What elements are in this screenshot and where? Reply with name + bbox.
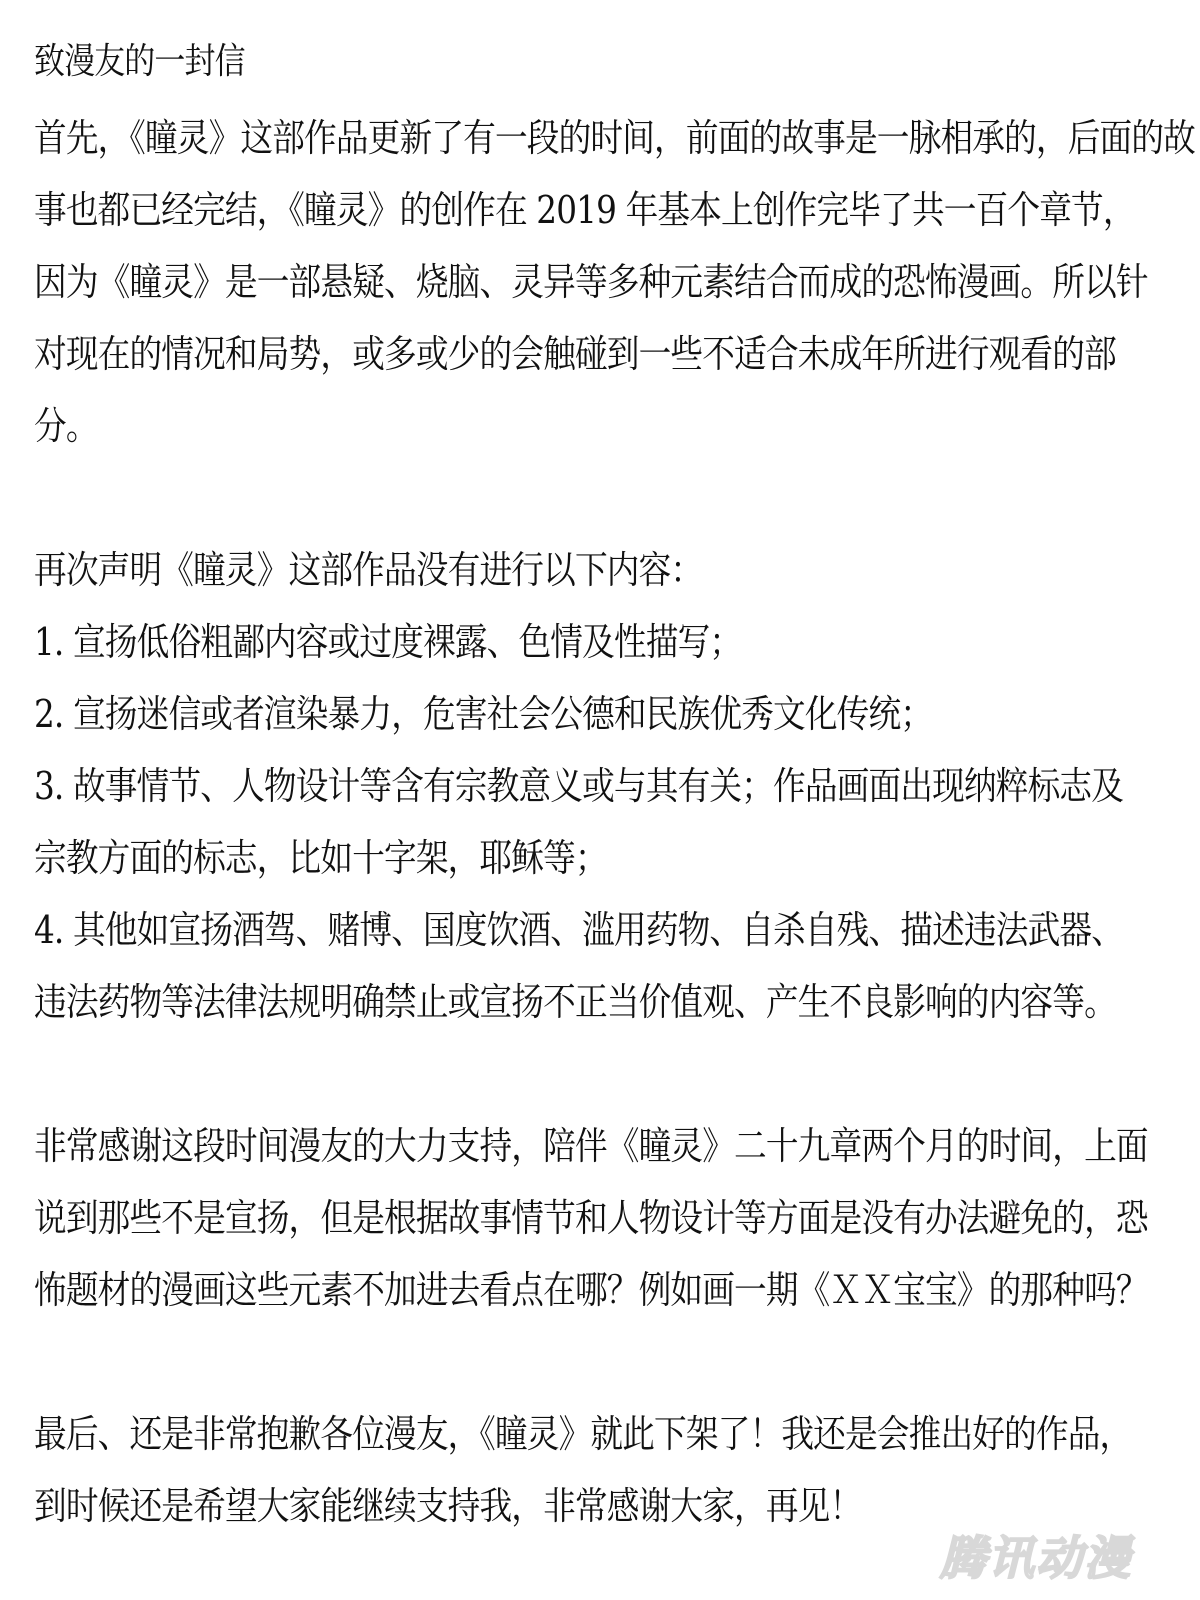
text-line: 首先，《瞳灵》这部作品更新了有一段的时间，前面的故事是一脉相承的，后面的故 (34, 114, 1195, 162)
text-line: 非常感谢这段时间漫友的大力支持，陪伴《瞳灵》二十九章两个月的时间，上面 (34, 1122, 1148, 1170)
text-line: 再次声明《瞳灵》这部作品没有进行以下内容： (34, 546, 702, 594)
list-item: 2. 宣扬迷信或者渲染暴力，危害社会公德和民族优秀文化传统； (34, 690, 932, 738)
list-item: 3. 故事情节、人物设计等含有宗教意义或与其有关；作品画面出现纳粹标志及 (34, 762, 1123, 810)
text-line: 分。 (34, 402, 98, 450)
letter-title: 致漫友的一封信 (34, 38, 245, 86)
text-line: 怖题材的漫画这些元素不加进去看点在哪？例如画一期《ＸＸ宝宝》的那种吗？ (34, 1266, 1148, 1314)
text-line: 说到那些不是宣扬，但是根据故事情节和人物设计等方面是没有办法避免的，恐 (34, 1194, 1148, 1242)
text-line: 因为《瞳灵》是一部悬疑、烧脑、灵异等多种元素结合而成的恐怖漫画。所以针 (34, 258, 1148, 306)
list-item-continuation: 宗教方面的标志，比如十字架，耶稣等； (34, 834, 607, 882)
text-line: 到时候还是希望大家能继续支持我，非常感谢大家，再见！ (34, 1482, 861, 1530)
text-line: 事也都已经完结，《瞳灵》的创作在 2019 年基本上创作完毕了共一百个章节， (34, 186, 1135, 234)
tencent-comic-watermark-logo: 腾讯动漫 (940, 1530, 1176, 1586)
text-line: 最后、还是非常抱歉各位漫友，《瞳灵》就此下架了！我还是会推出好的作品， (34, 1410, 1131, 1458)
list-item: 1. 宣扬低俗粗鄙内容或过度裸露、色情及性描写； (34, 618, 741, 666)
text-line: 对现在的情况和局势，或多或少的会触碰到一些不适合未成年所进行观看的部 (34, 330, 1116, 378)
list-item: 4. 其他如宣扬酒驾、赌博、国度饮酒、滥用药物、自杀自残、描述违法武器、 (34, 906, 1123, 954)
list-item-continuation: 违法药物等法律法规明确禁止或宣扬不正当价值观、产生不良影响的内容等。 (34, 978, 1116, 1026)
